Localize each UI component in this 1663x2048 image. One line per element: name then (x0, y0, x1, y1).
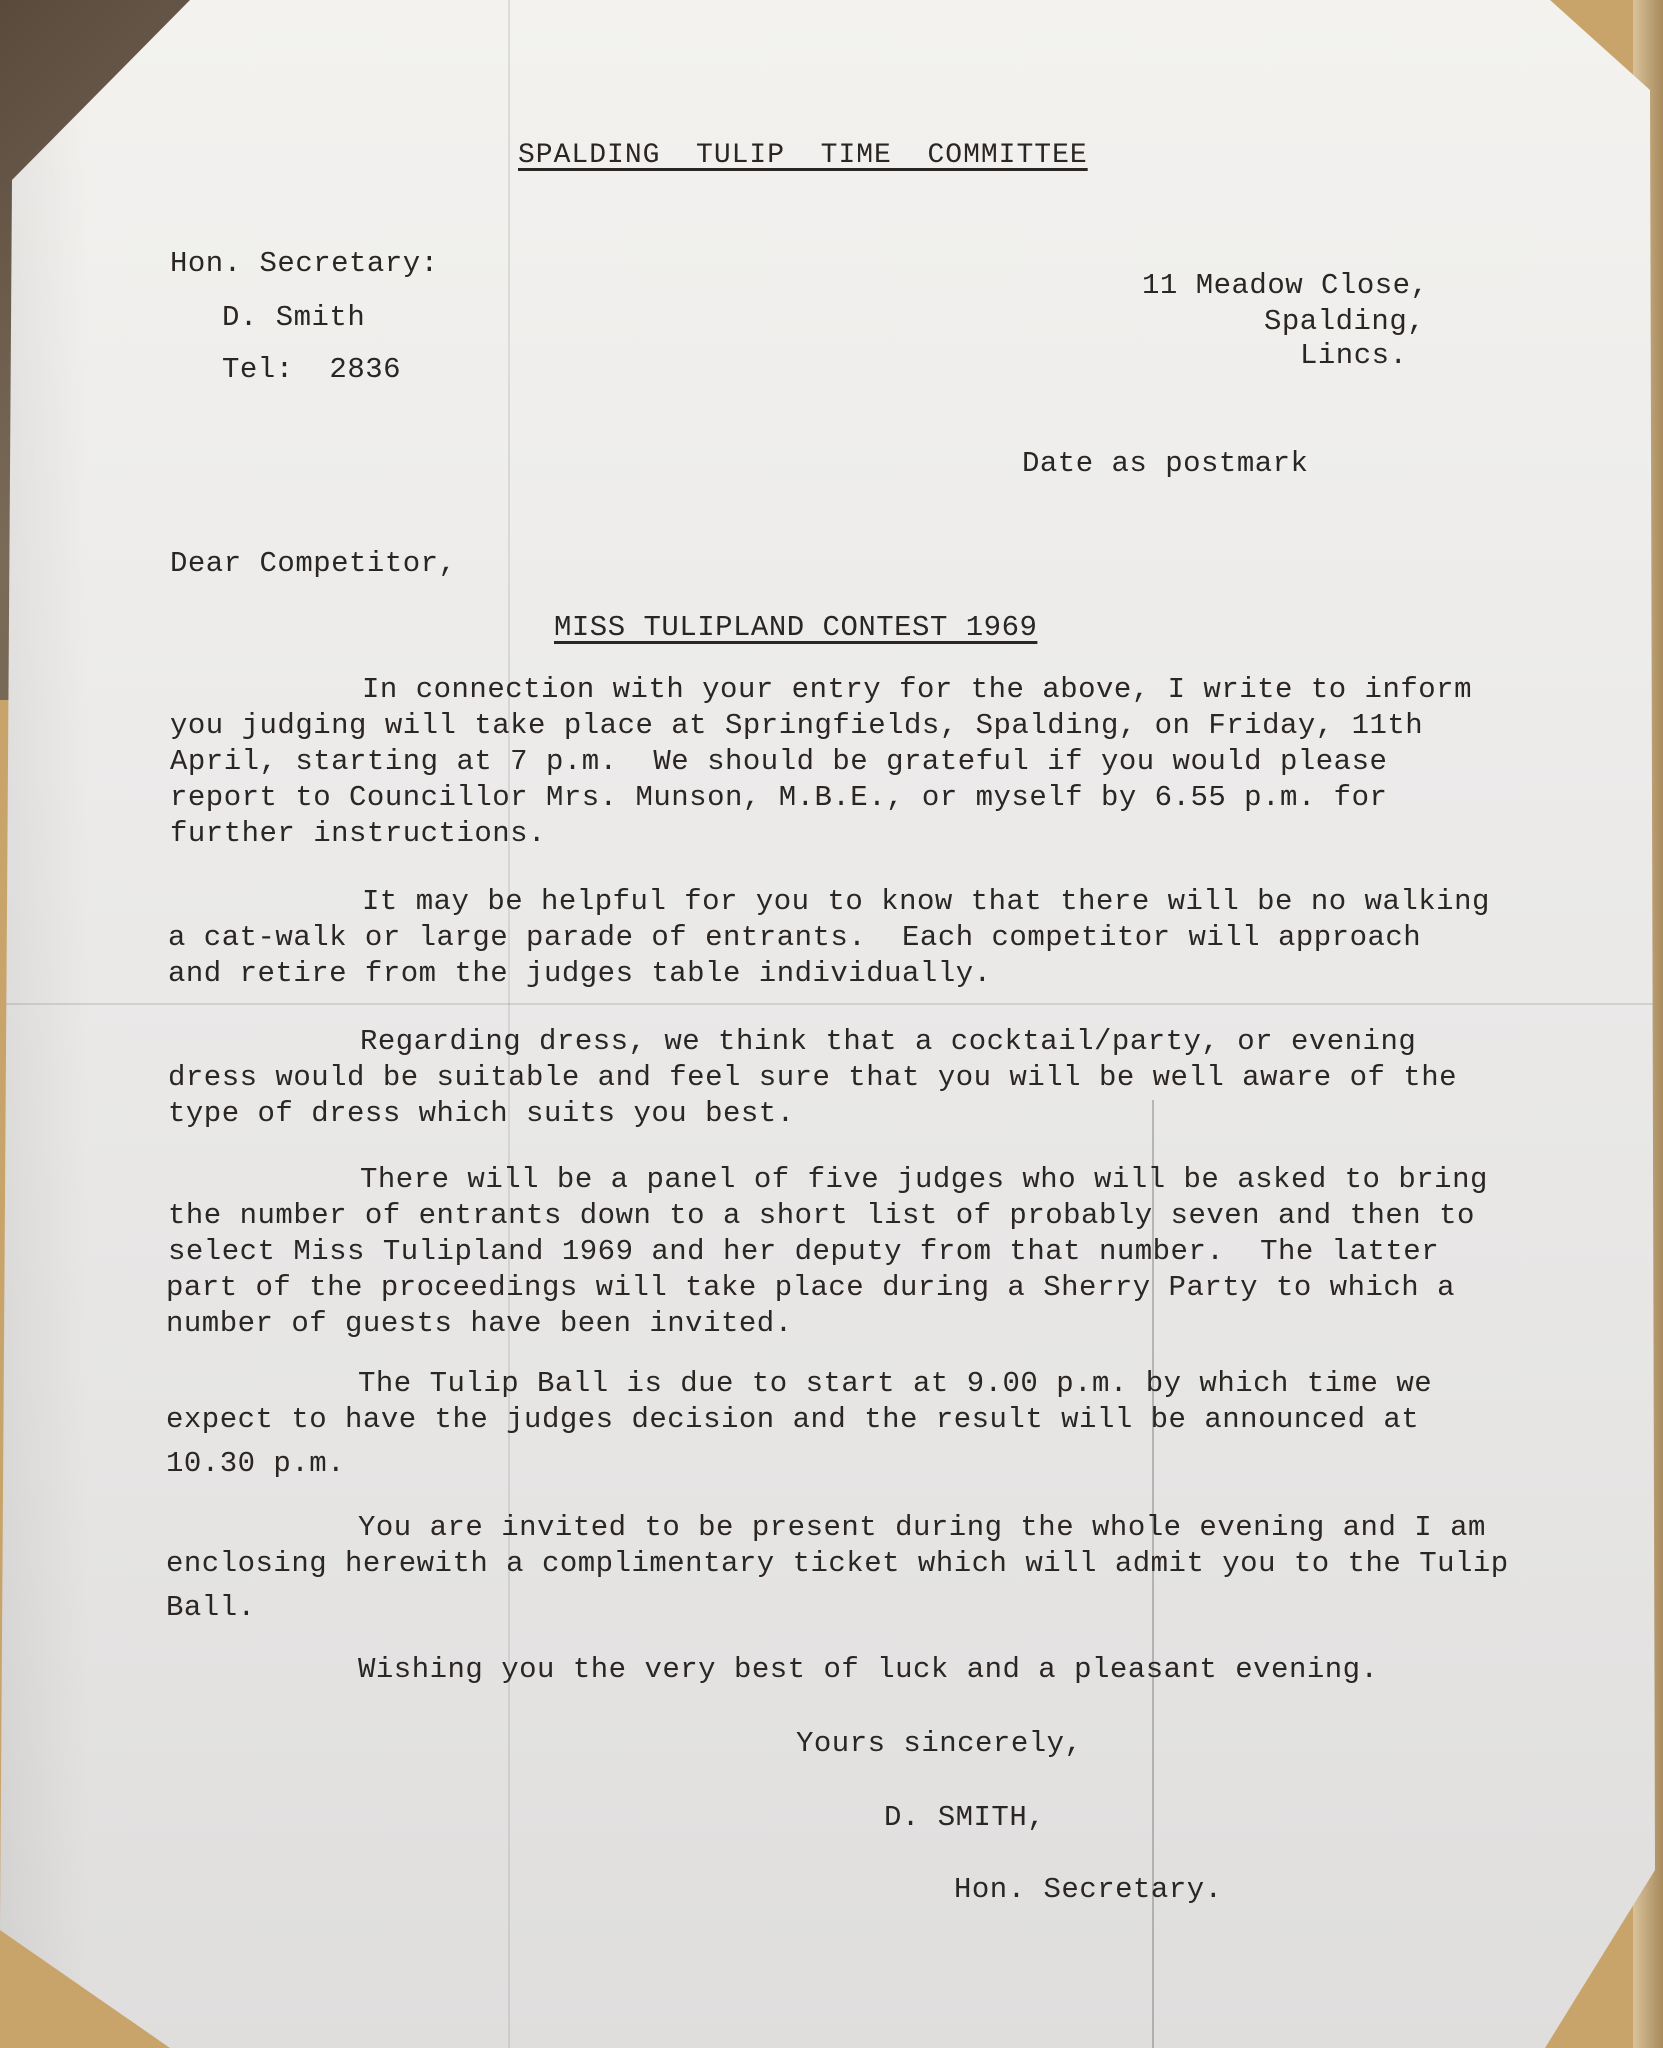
subject-heading: MISS TULIPLAND CONTEST 1969 (554, 610, 1037, 645)
paragraph-line: a cat-walk or large parade of entrants. … (168, 920, 1421, 955)
paragraph-line: further instructions. (170, 816, 546, 851)
closing-wish: Wishing you the very best of luck and a … (358, 1652, 1378, 1687)
paragraph-line: and retire from the judges table individ… (168, 956, 992, 991)
address-line-1: 11 Meadow Close, (1142, 268, 1428, 303)
fold-crease-horizontal (0, 1003, 1663, 1005)
paragraph-line: The Tulip Ball is due to start at 9.00 p… (358, 1366, 1432, 1401)
paragraph-line: 10.30 p.m. (166, 1446, 345, 1481)
paragraph-line: number of guests have been invited. (166, 1306, 793, 1341)
paragraph-line: Regarding dress, we think that a cocktai… (360, 1024, 1416, 1059)
salutation: Dear Competitor, (170, 546, 456, 581)
paragraph-line: In connection with your entry for the ab… (362, 672, 1472, 707)
paragraph-line: part of the proceedings will take place … (166, 1270, 1455, 1305)
paragraph-line: You are invited to be present during the… (358, 1510, 1486, 1545)
paragraph-line: report to Councillor Mrs. Munson, M.B.E.… (170, 780, 1387, 815)
sender-role: Hon. Secretary: (170, 246, 439, 281)
paragraph-line: April, starting at 7 p.m. We should be g… (170, 744, 1387, 779)
paragraph-line: It may be helpful for you to know that t… (362, 884, 1490, 919)
address-line-3: Lincs. (1300, 338, 1407, 373)
paragraph-line: select Miss Tulipland 1969 and her deput… (168, 1234, 1439, 1269)
paragraph-line: Ball. (166, 1590, 256, 1625)
letter-date: Date as postmark (1022, 446, 1308, 481)
letter-page: SPALDING TULIP TIME COMMITTEE Hon. Secre… (0, 0, 1663, 2048)
paragraph-line: expect to have the judges decision and t… (166, 1402, 1419, 1437)
paragraph-line: type of dress which suits you best. (168, 1096, 795, 1131)
address-line-2: Spalding, (1264, 304, 1425, 339)
paragraph-line: you judging will take place at Springfie… (170, 708, 1423, 743)
paragraph-line: dress would be suitable and feel sure th… (168, 1060, 1457, 1095)
sender-tel: Tel: 2836 (222, 352, 401, 387)
signature-name: D. SMITH, (884, 1800, 1045, 1835)
valediction: Yours sincerely, (796, 1726, 1082, 1761)
paragraph-line: There will be a panel of five judges who… (360, 1162, 1488, 1197)
letterhead-title: SPALDING TULIP TIME COMMITTEE (518, 138, 1088, 173)
paper-shading (0, 0, 90, 2048)
sender-name: D. Smith (222, 300, 365, 335)
signature-title: Hon. Secretary. (954, 1872, 1223, 1907)
paragraph-line: the number of entrants down to a short l… (168, 1198, 1475, 1233)
paragraph-line: enclosing herewith a complimentary ticke… (166, 1546, 1509, 1581)
